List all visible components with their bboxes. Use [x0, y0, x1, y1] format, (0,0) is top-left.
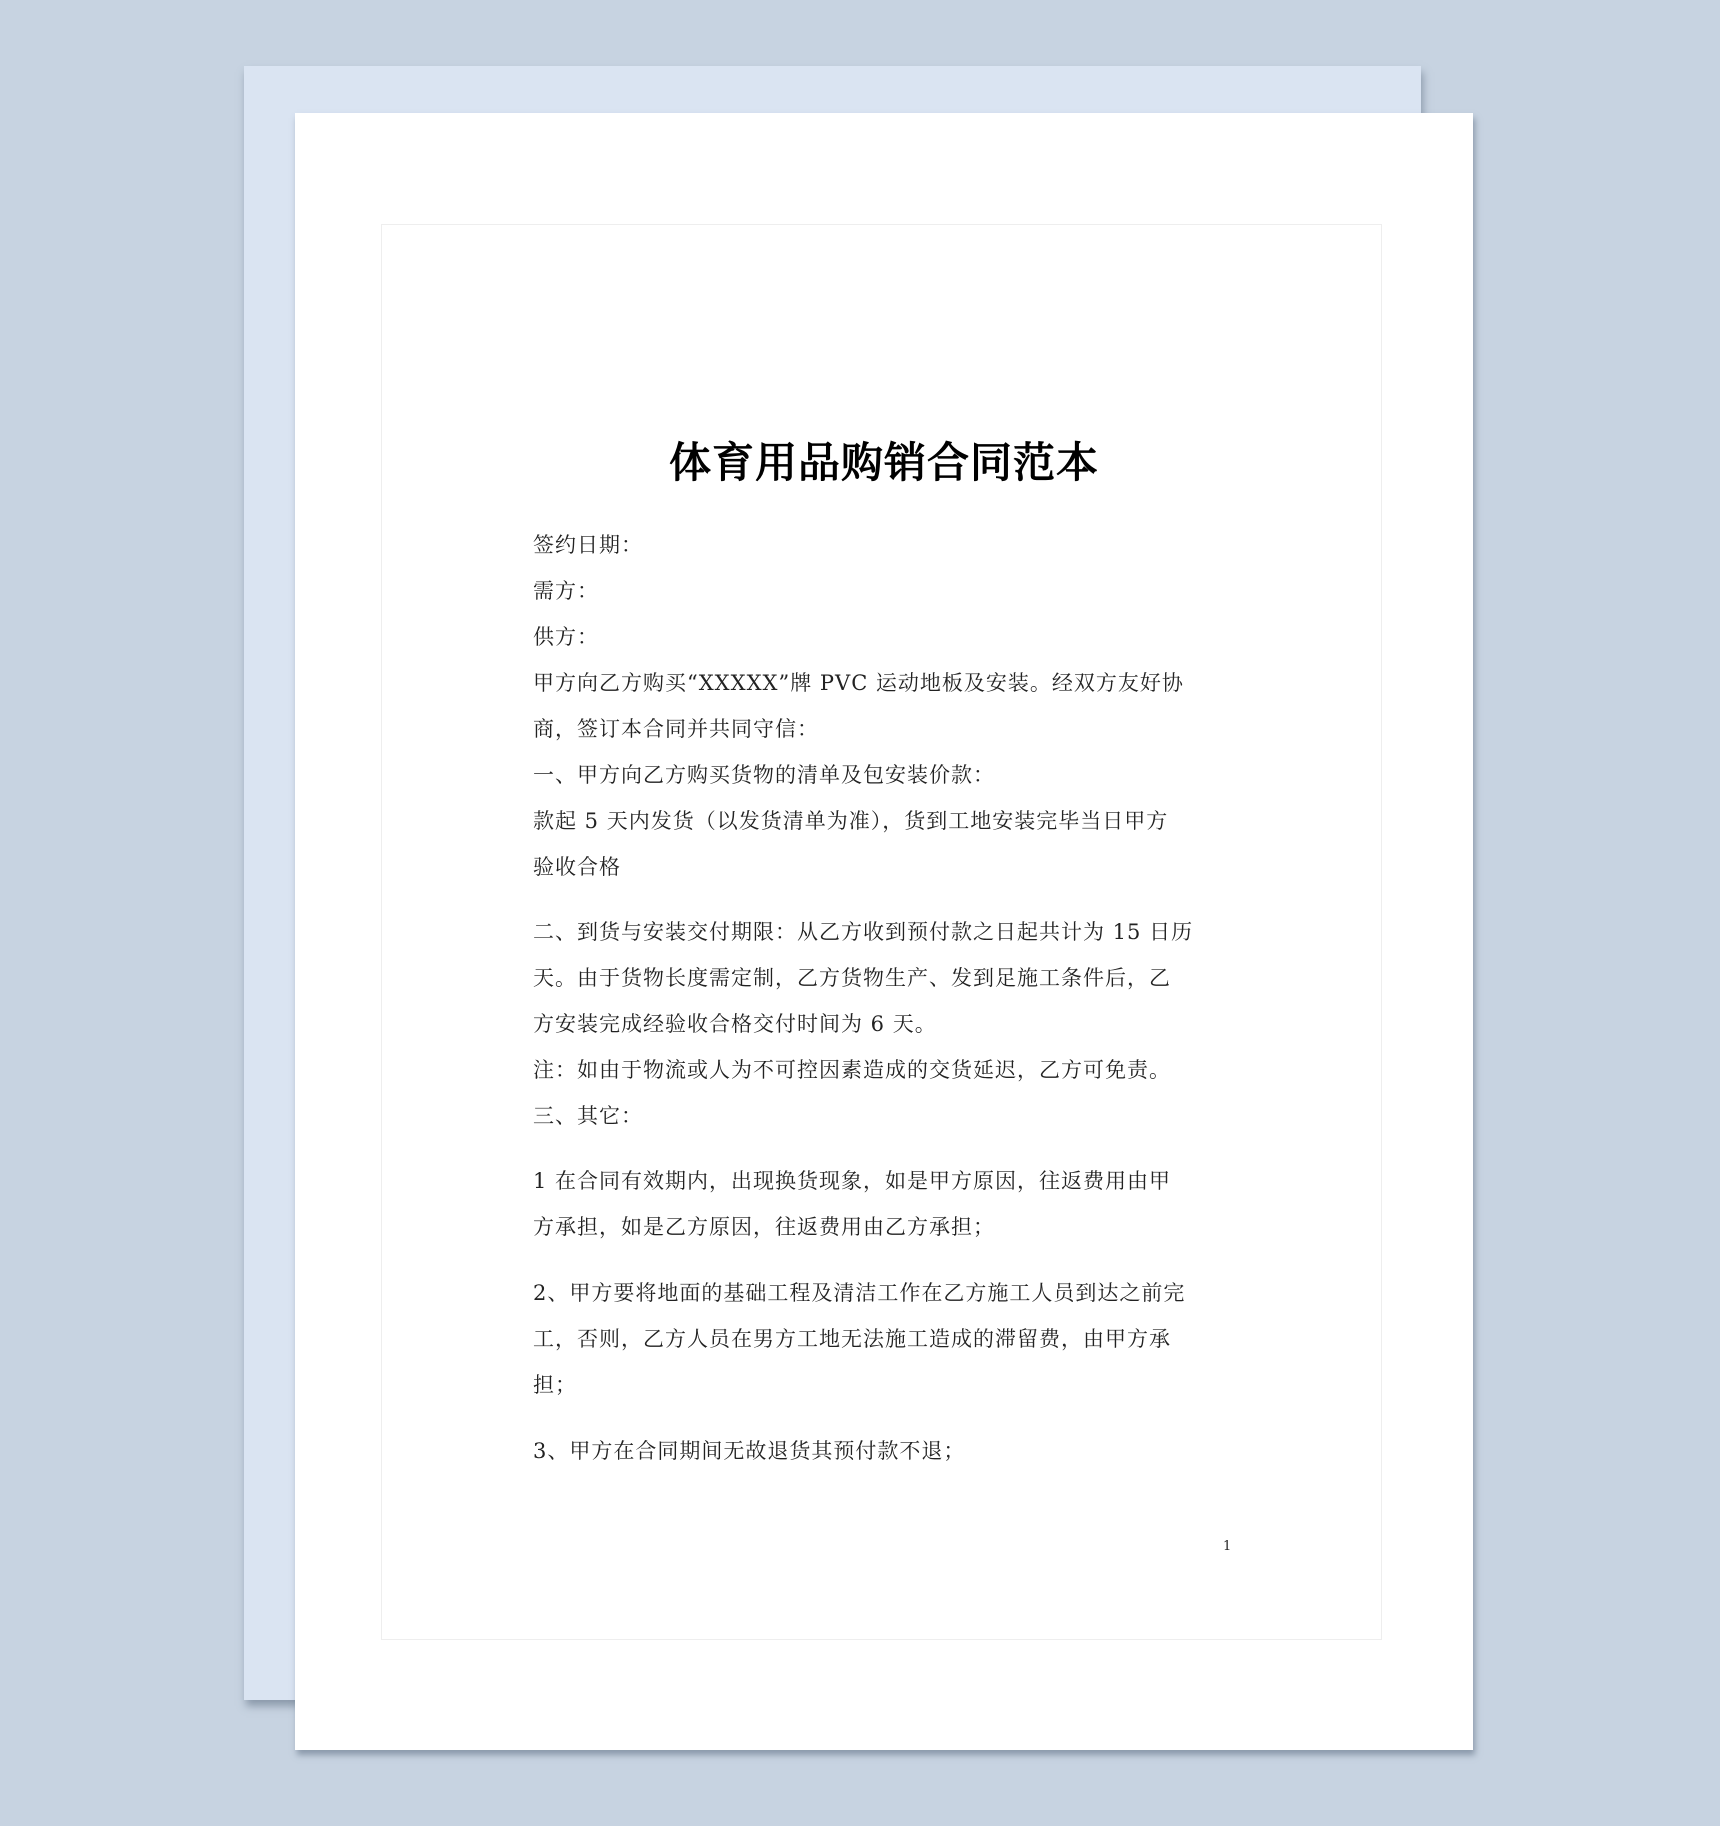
clause-1-line: 方承担，如是乙方原因，往返费用由乙方承担； [533, 1204, 995, 1250]
document-page: 体育用品购销合同范本 签约日期： 需方： 供方： 甲方向乙方购买“XXXXX”牌… [295, 113, 1473, 1750]
document-title: 体育用品购销合同范本 [295, 430, 1473, 490]
section-heading-2: 二、到货与安装交付期限：从乙方收到预付款之日起共计为 15 日历 [533, 909, 1193, 955]
buyer-line: 需方： [533, 568, 599, 614]
clause-3-line: 3、甲方在合同期间无故退货其预付款不退； [533, 1428, 965, 1474]
supplier-line: 供方： [533, 614, 599, 660]
paragraph-line: 验收合格 [533, 844, 621, 890]
clause-2-line: 2、甲方要将地面的基础工程及清洁工作在乙方施工人员到达之前完 [533, 1270, 1185, 1316]
clause-2-line: 担； [533, 1362, 577, 1408]
section-heading-1: 一、甲方向乙方购买货物的清单及包安装价款： [533, 752, 995, 798]
note-line: 注：如由于物流或人为不可控因素造成的交货延迟，乙方可免责。 [533, 1047, 1171, 1093]
signing-date-line: 签约日期： [533, 522, 643, 568]
paragraph-line: 款起 5 天内发货（以发货清单为准），货到工地安装完毕当日甲方 [533, 798, 1168, 844]
section-heading-3: 三、其它： [533, 1093, 643, 1139]
paragraph-line: 甲方向乙方购买“XXXXX”牌 PVC 运动地板及安装。经双方友好协 [533, 660, 1184, 706]
clause-1-line: 1 在合同有效期内，出现换货现象，如是甲方原因，往返费用由甲 [533, 1158, 1171, 1204]
paragraph-line: 商，签订本合同并共同守信： [533, 706, 819, 752]
page-number: 1 [1223, 1539, 1231, 1554]
clause-2-line: 工，否则，乙方人员在男方工地无法施工造成的滞留费，由甲方承 [533, 1316, 1171, 1362]
paragraph-line: 天。由于货物长度需定制，乙方货物生产、发到足施工条件后，乙 [533, 955, 1171, 1001]
paragraph-line: 方安装完成经验收合格交付时间为 6 天。 [533, 1001, 937, 1047]
